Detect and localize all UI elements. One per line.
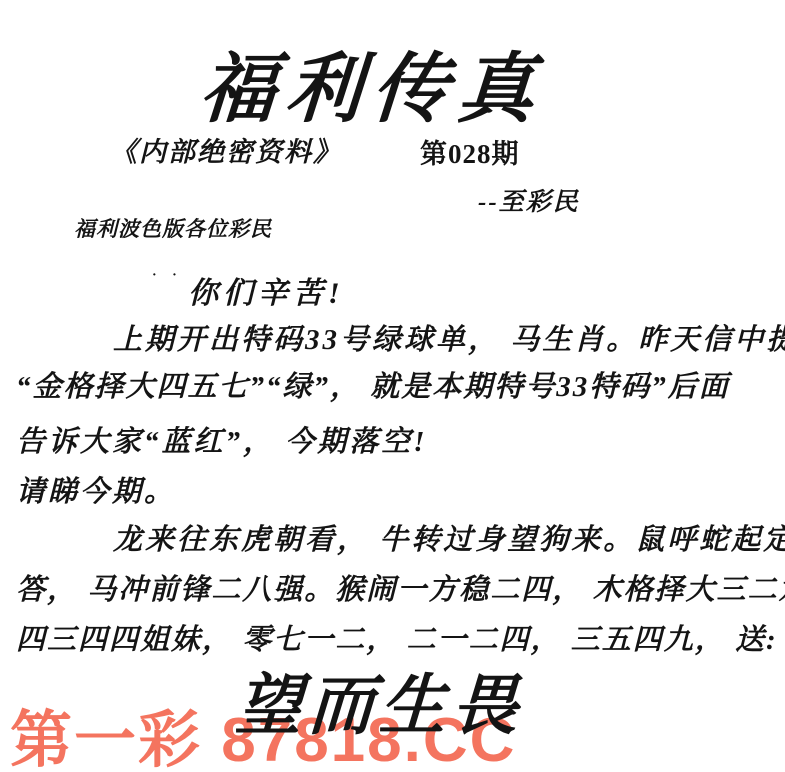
body-line-6: 龙来往东虎朝看， 牛转过身望狗来。鼠呼蛇起定应 <box>113 517 785 558</box>
body-line-5: 请睇今期。 <box>16 469 176 510</box>
salutation-line: 福利波色版各位彩民 <box>74 213 272 243</box>
body-line-3: “金格择大四五七”“绿”， 就是本期特号33特码”后面 <box>16 364 730 405</box>
body-line-2: 上期开出特码33号绿球单， 马生肖。昨天信中提供 <box>113 317 785 358</box>
body-line-greeting: 你们辛苦! <box>188 268 345 312</box>
source-label: 《内部绝密资料》 <box>110 130 342 169</box>
body-line-4: 告诉大家“蓝红”， 今期落空! <box>16 419 428 460</box>
document-title: 福利传真 <box>0 28 749 137</box>
ink-speckle: · · <box>152 268 183 284</box>
body-line-7: 答， 马冲前锋二八强。猴闹一方稳二四， 木格择大三二六。 <box>16 567 785 608</box>
attribution-line: --至彩民 <box>478 182 580 218</box>
issue-number: 第028期 <box>420 132 520 171</box>
closing-calligraphy: 望而生畏 <box>0 652 762 747</box>
fax-document-page: 福利传真 《内部绝密资料》 第028期 --至彩民 福利波色版各位彩民 · · … <box>0 0 785 772</box>
